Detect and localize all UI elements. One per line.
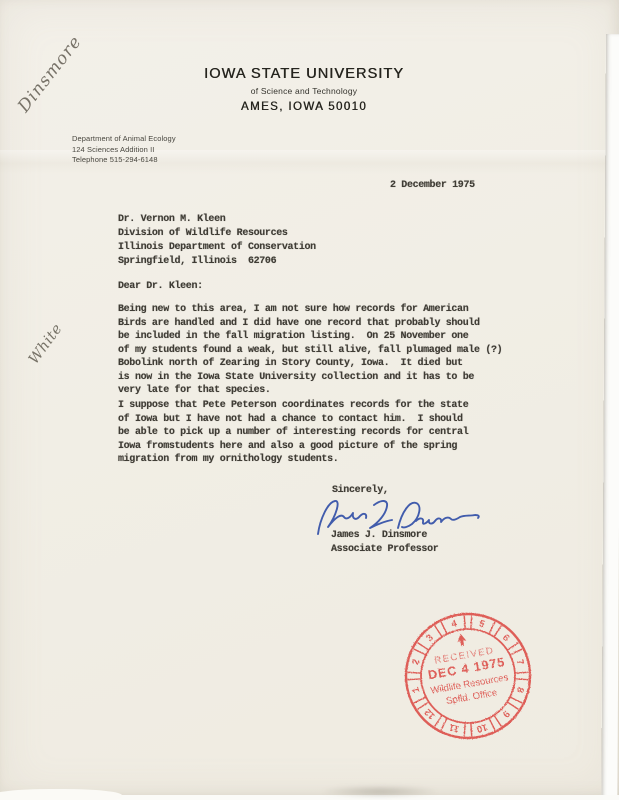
department-telephone: Telephone 515-294-6148 xyxy=(72,155,176,166)
svg-text:10: 10 xyxy=(475,721,488,734)
letter-page: Dinsmore White IOWA STATE UNIVERSITY of … xyxy=(0,0,619,800)
letterhead-university-name: IOWA STATE UNIVERSITY xyxy=(104,66,504,82)
department-name: Department of Animal Ecology xyxy=(72,134,176,145)
scan-shadow-blotch xyxy=(320,785,440,798)
salutation: Dear Dr. Kleen: xyxy=(118,280,203,294)
closing-sincerely: Sincerely, xyxy=(332,484,389,498)
body-paragraph-1: Being new to this area, I am not sure ho… xyxy=(118,303,502,398)
signature-typed-name: James J. Dinsmore xyxy=(331,529,427,543)
svg-text:1: 1 xyxy=(410,685,422,694)
department-address: 124 Sciences Addition II xyxy=(72,145,176,156)
stamp-ornament-icon xyxy=(456,633,467,646)
letterhead: IOWA STATE UNIVERSITY of Science and Tec… xyxy=(104,66,504,113)
recipient-address-block: Dr. Vernon M. Kleen Division of Wildlife… xyxy=(118,213,316,269)
letterhead-city-line: AMES, IOWA 50010 xyxy=(104,101,504,113)
received-stamp: 123456789101112 RECEIVED DEC 4 1975 Wild… xyxy=(398,606,538,746)
letter-date: 2 December 1975 xyxy=(390,179,475,193)
svg-text:7: 7 xyxy=(514,658,526,666)
signature-typed-title: Associate Professor xyxy=(331,543,438,557)
svg-text:4: 4 xyxy=(450,618,459,630)
handwritten-annotation-white: White xyxy=(26,321,66,367)
scanner-background-right-edge xyxy=(601,34,619,800)
svg-text:8: 8 xyxy=(514,686,526,694)
letterhead-department-block: Department of Animal Ecology 124 Science… xyxy=(72,134,176,166)
scan-corner-sliver xyxy=(0,789,122,800)
body-paragraph-2: I suppose that Pete Peterson coordinates… xyxy=(118,399,468,467)
handwritten-annotation-dinsmore: Dinsmore xyxy=(14,32,86,116)
letterhead-tagline: of Science and Technology xyxy=(104,86,504,96)
svg-text:2: 2 xyxy=(410,658,422,666)
svg-text:5: 5 xyxy=(478,618,487,630)
stamp-outer-ring xyxy=(406,614,530,738)
